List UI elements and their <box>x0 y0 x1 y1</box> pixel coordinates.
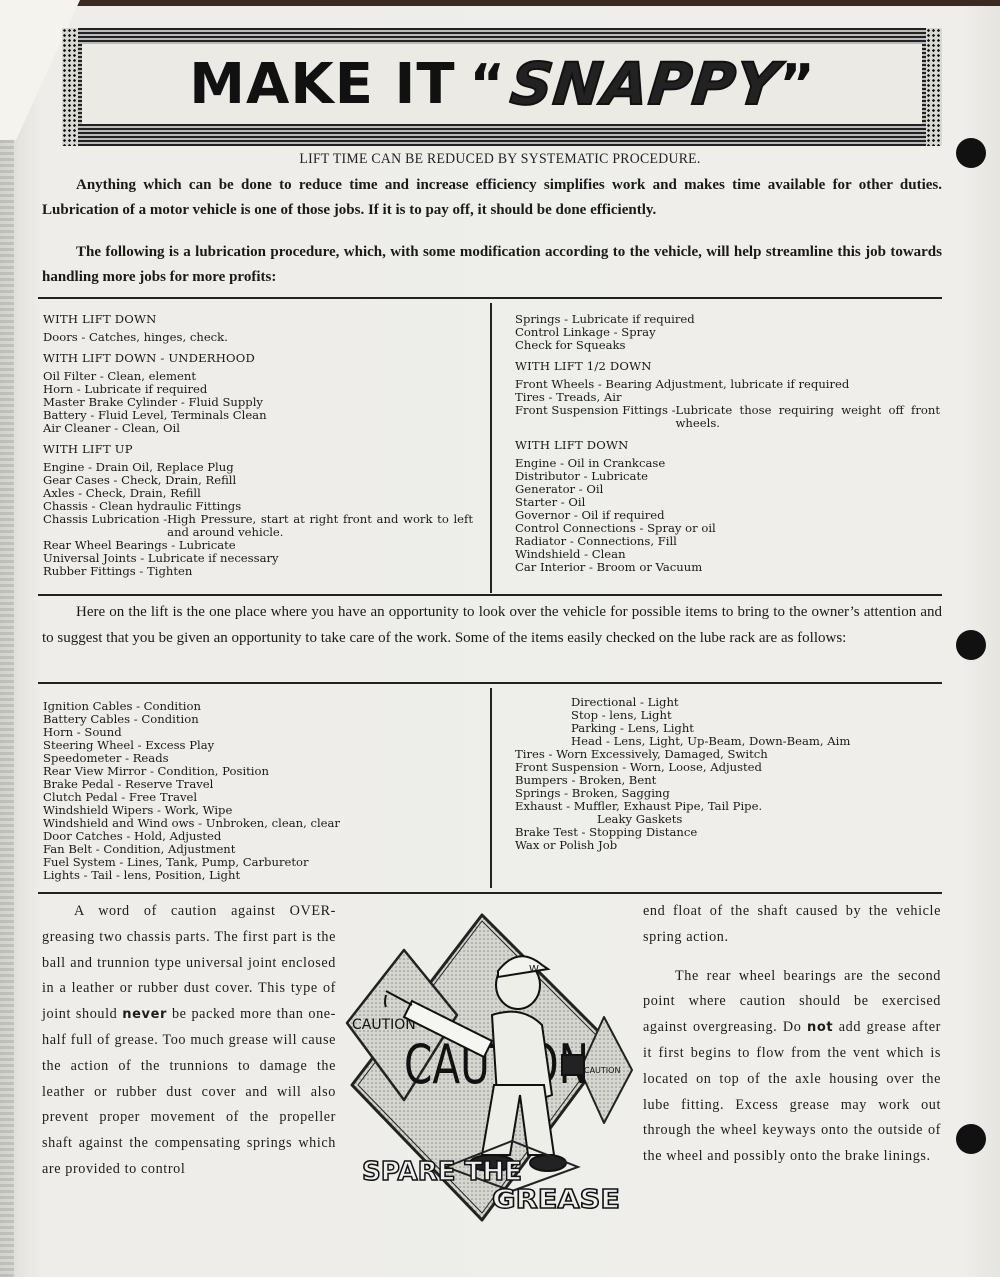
title-banner: MAKE IT “ SNAPPY ” <box>62 28 942 146</box>
text: be packed more than one-half full of gre… <box>42 1006 336 1177</box>
caution-left-column: A word of caution against OVER-greasing … <box>42 899 336 1183</box>
banner-border-left <box>62 28 78 146</box>
list-item: Chassis Lubrication - High Pressure, sta… <box>43 513 473 539</box>
intro-paragraph-2: The following is a lubrication procedure… <box>42 240 942 290</box>
svg-text:CAUTION: CAUTION <box>584 1066 620 1075</box>
scan-top-edge <box>60 0 1000 6</box>
text: end float of the shaft caused by the veh… <box>643 899 941 951</box>
punch-hole-icon <box>956 138 986 168</box>
title-quote-open: “ <box>470 53 506 116</box>
scan-left-shadow <box>0 140 14 1277</box>
list-item: Car Interior - Broom or Vacuum <box>515 561 940 574</box>
punch-hole-icon <box>956 1124 986 1154</box>
list-item: Exhaust - Muffler, Exhaust Pipe, Tail Pi… <box>515 800 945 813</box>
document-page: MAKE IT “ SNAPPY ” LIFT TIME CAN BE REDU… <box>0 0 1000 1277</box>
title-quote-close: ” <box>779 53 815 116</box>
caution-right-column: end float of the shaft caused by the veh… <box>643 899 941 1170</box>
checklist-right-column: Directional - LightStop - lens, LightPar… <box>515 696 945 852</box>
section-heading: WITH LIFT UP <box>43 443 473 456</box>
text: add grease after it first begins to flow… <box>643 1019 941 1164</box>
banner-border-right <box>926 28 942 146</box>
section-heading: WITH LIFT DOWN - UNDERHOOD <box>43 352 473 365</box>
list-item: Doors - Catches, hinges, check. <box>43 331 473 344</box>
svg-text:W: W <box>529 964 539 975</box>
middle-paragraph: Here on the lift is the one place where … <box>42 600 942 651</box>
emphasis: never <box>122 1007 167 1022</box>
item-label: Front Suspension Fittings - <box>515 404 676 430</box>
list-item: Check for Squeaks <box>515 339 940 352</box>
intro-paragraph-1: Anything which can be done to reduce tim… <box>42 173 942 223</box>
divider <box>38 892 942 894</box>
divider <box>38 297 942 299</box>
item-value: Lubricate those requiring weight off fro… <box>676 404 941 430</box>
item-label: Chassis Lubrication - <box>43 513 167 539</box>
checklist-left-column: Ignition Cables - ConditionBattery Cable… <box>43 700 483 882</box>
section-heading: WITH LIFT DOWN <box>515 439 940 452</box>
column-divider <box>490 688 492 888</box>
punch-hole-icon <box>956 630 986 660</box>
title-emphasis: SNAPPY <box>507 50 782 118</box>
section-heading: WITH LIFT DOWN <box>43 313 473 326</box>
list-item: Air Cleaner - Clean, Oil <box>43 422 473 435</box>
column-divider <box>490 303 492 593</box>
svg-text:CAUTION: CAUTION <box>352 1017 416 1033</box>
spare-the-grease-illustration: CAUTION CAUTION CAUTION W SPARE THE GREA… <box>342 905 642 1230</box>
procedure-left-column: WITH LIFT DOWN Doors - Catches, hinges, … <box>43 313 473 578</box>
list-item: Wax or Polish Job <box>515 839 945 852</box>
list-item: Rubber Fittings - Tighten <box>43 565 473 578</box>
list-item: Lights - Tail - lens, Position, Light <box>43 869 483 882</box>
text: A word of caution against OVER-greasing … <box>42 903 336 1022</box>
subtitle: LIFT TIME CAN BE REDUCED BY SYSTEMATIC P… <box>40 151 960 168</box>
title-plain: MAKE IT <box>189 52 455 117</box>
divider <box>38 594 942 596</box>
procedure-right-column: Springs - Lubricate if requiredControl L… <box>515 313 940 574</box>
svg-text:GREASE: GREASE <box>492 1185 620 1215</box>
divider <box>38 682 942 684</box>
item-value: High Pressure, start at right front and … <box>167 513 473 539</box>
emphasis: not <box>807 1020 833 1035</box>
list-item: Front Suspension Fittings - Lubricate th… <box>515 404 940 430</box>
svg-text:SPARE THE: SPARE THE <box>362 1157 522 1187</box>
section-heading: WITH LIFT 1/2 DOWN <box>515 360 940 373</box>
